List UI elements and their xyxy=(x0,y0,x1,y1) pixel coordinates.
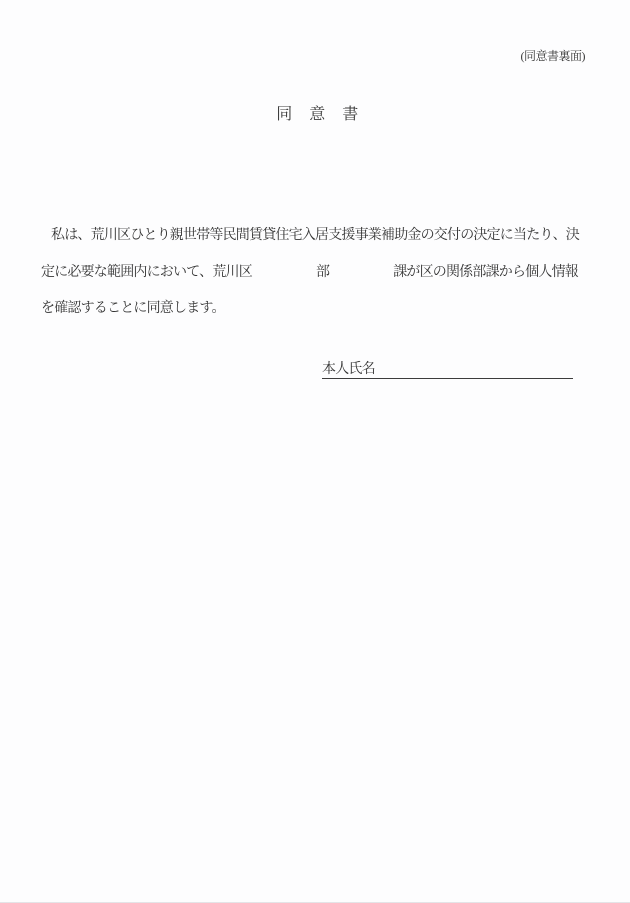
body-paragraph: 私は、荒川区ひとり親世帯等民間賃貸住宅入居支援事業補助金の交付の決定に当たり、決… xyxy=(41,218,578,328)
body-line-1: 私は、荒川区ひとり親世帯等民間賃貸住宅入居支援事業補助金の交付の決定に当たり、決 xyxy=(41,218,578,255)
body-line-2-text-left: 定に必要な範囲内において、荒川区 xyxy=(41,255,252,292)
body-line-2-text-right: 課が区の関係部課から個人情報 xyxy=(393,255,578,292)
signature-name-field: 本人氏名 xyxy=(322,361,573,379)
department-label: 部 xyxy=(316,255,329,292)
body-line-2: 定に必要な範囲内において、荒川区 部 課が区の関係部課から個人情報 xyxy=(41,255,578,292)
corner-note: (同意書裏面) xyxy=(521,47,586,64)
document-title: 同 意 書 xyxy=(0,104,630,126)
body-line-3: を確認することに同意します。 xyxy=(41,291,578,328)
signature-label: 本人氏名 xyxy=(322,362,375,377)
consent-form-page: (同意書裏面) 同 意 書 私は、荒川区ひとり親世帯等民間賃貸住宅入居支援事業補… xyxy=(0,0,630,903)
